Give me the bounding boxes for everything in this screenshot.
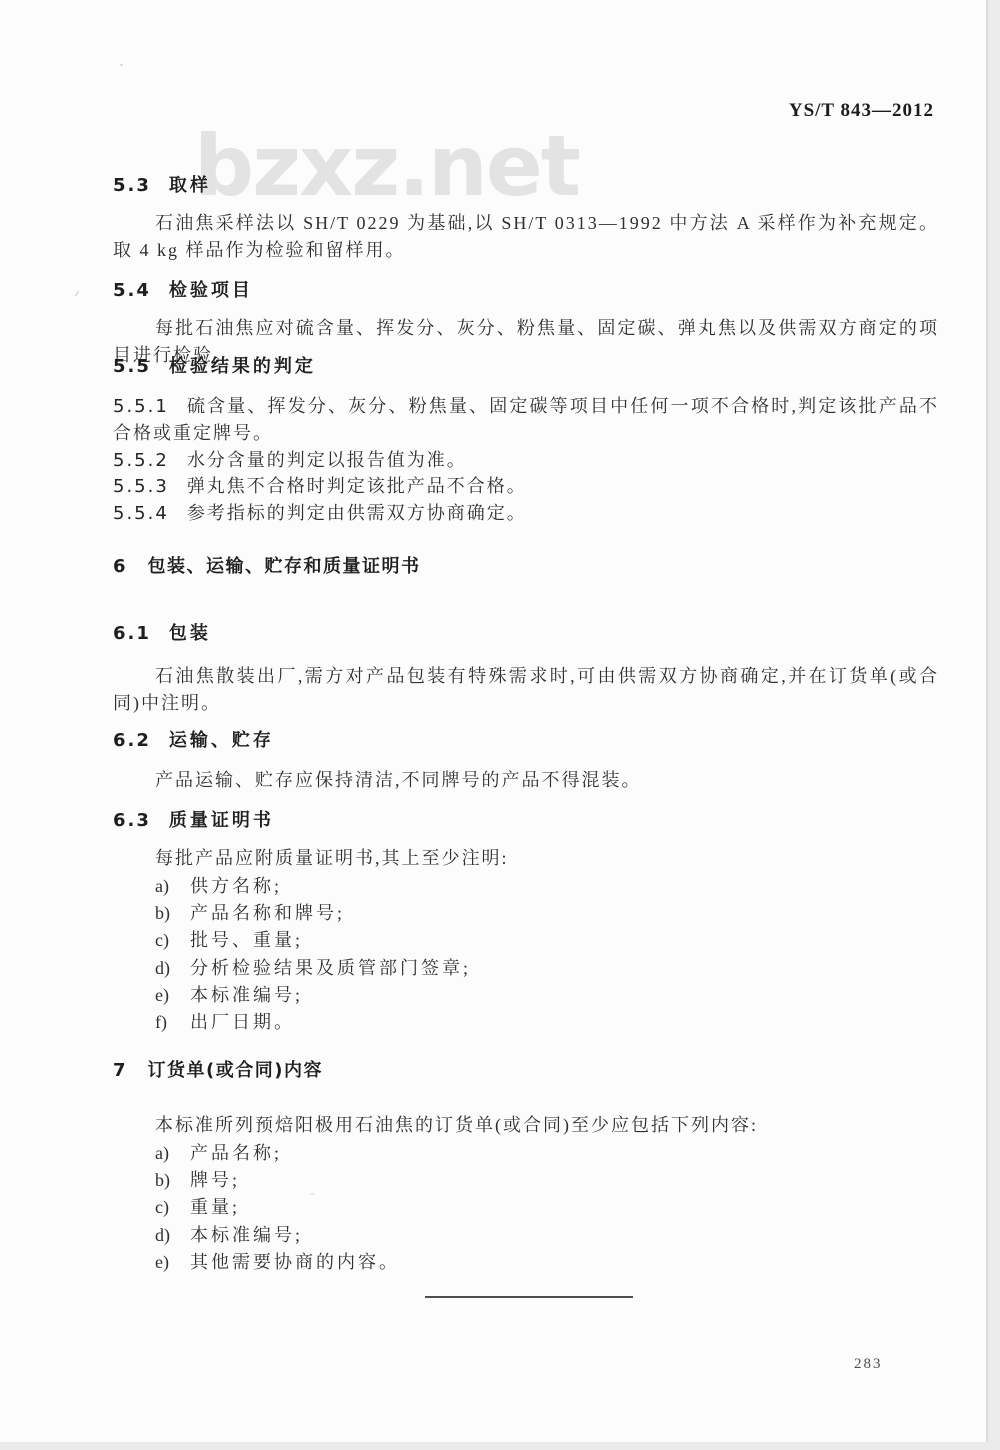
list-letter: b) [155, 1167, 190, 1194]
clause-5-5-1: 5.5.1硫含量、挥发分、灰分、粉焦量、固定碳等项目中任何一项不合格时,判定该批… [113, 393, 939, 447]
list-item: c)重量; [155, 1194, 939, 1221]
clause-number: 5.5.3 [113, 476, 169, 497]
section-number: 5.5 [113, 353, 151, 380]
scan-speck [120, 64, 123, 66]
list-letter: e) [155, 1249, 190, 1276]
scan-edge-bottom [0, 1442, 1000, 1450]
list-letter: f) [155, 1009, 190, 1036]
section-heading-5-3: 5.3取样 [113, 172, 939, 199]
section-heading-6-2: 6.2运输、贮存 [113, 727, 939, 754]
document-end-rule [425, 1296, 633, 1298]
scanned-standard-page: YS/T 843—2012 bzxz.net 5.3取样 石油焦采样法以 SH/… [0, 0, 1000, 1450]
list-letter: c) [155, 1194, 190, 1221]
clause-5-5-2: 5.5.2水分含量的判定以报告值为准。 [113, 447, 939, 474]
list-item: b)产品名称和牌号; [155, 900, 939, 927]
clause-5-5-3: 5.5.3弹丸焦不合格时判定该批产品不合格。 [113, 473, 939, 500]
clause-number: 5.5.4 [113, 503, 169, 524]
chapter-number: 6 [113, 553, 128, 580]
paragraph-6-1: 石油焦散装出厂,需方对产品包装有特殊需求时,可由供需双方协商确定,并在订货单(或… [113, 663, 939, 717]
list-letter: c) [155, 927, 190, 954]
doc-number-header: YS/T 843—2012 [789, 100, 934, 122]
section-number: 6.1 [113, 620, 151, 647]
list-item: d)分析检验结果及质管部门签章; [155, 955, 939, 982]
chapter-title: 订货单(或合同)内容 [148, 1060, 323, 1081]
list-text: 本标准编号; [190, 985, 303, 1005]
paragraph-7-intro: 本标准所列预焙阳极用石油焦的订货单(或合同)至少应包括下列内容: [113, 1112, 939, 1139]
scan-edge-right [986, 0, 1000, 1450]
list-text: 本标准编号; [190, 1225, 303, 1245]
list-text: 批号、重量; [190, 930, 303, 950]
list-text: 产品名称和牌号; [190, 903, 345, 923]
section-heading-6-1: 6.1包装 [113, 620, 939, 647]
clause-5-5-4: 5.5.4参考指标的判定由供需双方协商确定。 [113, 500, 939, 527]
list-letter: a) [155, 873, 190, 900]
section-title: 检验项目 [169, 280, 253, 301]
paragraph-6-3-intro: 每批产品应附质量证明书,其上至少注明: [113, 845, 939, 872]
list-letter: d) [155, 1222, 190, 1249]
clause-number: 5.5.2 [113, 450, 169, 471]
scan-speck [75, 291, 79, 296]
list-item: e)本标准编号; [155, 982, 939, 1009]
section-number: 6.3 [113, 807, 151, 834]
list-text: 产品名称; [190, 1143, 282, 1163]
list-text: 重量; [190, 1197, 240, 1217]
section-heading-6-3: 6.3质量证明书 [113, 807, 939, 834]
list-text: 出厂日期。 [190, 1012, 295, 1032]
chapter-heading-6: 6包装、运输、贮存和质量证明书 [113, 553, 939, 580]
section-heading-5-4: 5.4检验项目 [113, 277, 939, 304]
list-text: 供方名称; [190, 876, 282, 896]
list-letter: d) [155, 955, 190, 982]
clause-text: 水分含量的判定以报告值为准。 [187, 450, 467, 470]
section-number: 5.4 [113, 277, 151, 304]
order-contract-list: a)产品名称; b)牌号; c)重量; d)本标准编号; e)其他需要协商的内容… [113, 1140, 939, 1276]
list-text: 其他需要协商的内容。 [190, 1252, 400, 1272]
clause-number: 5.5.1 [113, 396, 169, 417]
list-item: f)出厂日期。 [155, 1009, 939, 1036]
clause-text: 弹丸焦不合格时判定该批产品不合格。 [187, 476, 527, 496]
list-item: a)产品名称; [155, 1140, 939, 1167]
list-letter: a) [155, 1140, 190, 1167]
paragraph-5-3: 石油焦采样法以 SH/T 0229 为基础,以 SH/T 0313—1992 中… [113, 210, 939, 264]
section-number: 5.3 [113, 172, 151, 199]
list-text: 分析检验结果及质管部门签章; [190, 958, 471, 978]
list-item: e)其他需要协商的内容。 [155, 1249, 939, 1276]
list-item: b)牌号; [155, 1167, 939, 1194]
section-title: 包装 [169, 623, 211, 644]
section-number: 6.2 [113, 727, 151, 754]
section-title: 运输、贮存 [169, 730, 274, 751]
section-title: 检验结果的判定 [169, 356, 316, 377]
list-item: c)批号、重量; [155, 927, 939, 954]
chapter-heading-7: 7订货单(或合同)内容 [113, 1057, 939, 1084]
clause-text: 参考指标的判定由供需双方协商确定。 [187, 503, 527, 523]
quality-certificate-list: a)供方名称; b)产品名称和牌号; c)批号、重量; d)分析检验结果及质管部… [113, 873, 939, 1036]
section-heading-5-5: 5.5检验结果的判定 [113, 353, 939, 380]
chapter-number: 7 [113, 1057, 128, 1084]
section-title: 质量证明书 [169, 810, 274, 831]
list-letter: e) [155, 982, 190, 1009]
list-letter: b) [155, 900, 190, 927]
chapter-title: 包装、运输、贮存和质量证明书 [148, 556, 421, 577]
page-number: 283 [854, 1356, 883, 1373]
list-item: d)本标准编号; [155, 1222, 939, 1249]
list-text: 牌号; [190, 1170, 240, 1190]
clause-text: 硫含量、挥发分、灰分、粉焦量、固定碳等项目中任何一项不合格时,判定该批产品不合格… [113, 396, 939, 443]
section-title: 取样 [169, 175, 211, 196]
list-item: a)供方名称; [155, 873, 939, 900]
scan-speck [310, 1193, 315, 1195]
paragraph-6-2: 产品运输、贮存应保持清洁,不同牌号的产品不得混装。 [113, 767, 939, 794]
